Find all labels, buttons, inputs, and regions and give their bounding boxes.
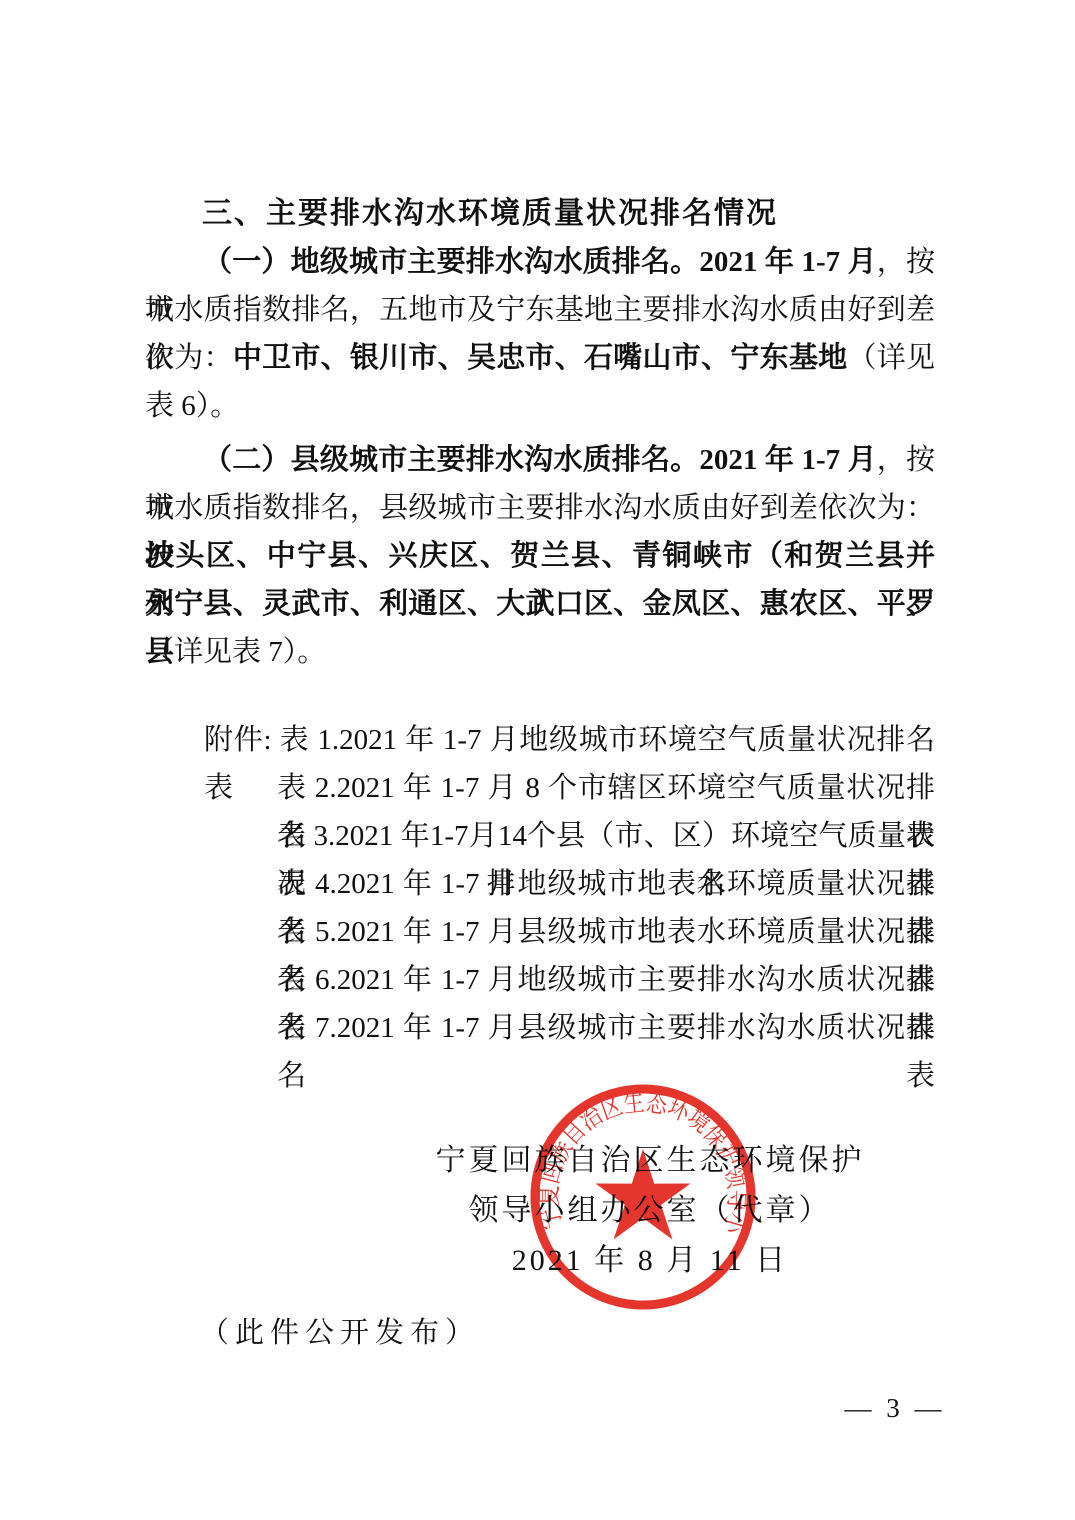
para1-line2: 市水质指数排名，五地市及宁东基地主要排水沟水质由好到差依	[145, 286, 935, 334]
para2-line2-pre: 市水质指数排名，县级城市主要排水沟水质由好到差依次为：	[145, 492, 935, 524]
page-number: — 3 —	[830, 1392, 960, 1424]
para1-line3-post: （详见	[847, 342, 935, 374]
paragraph-county-level-ranking: （二）县级城市主要排水沟水质排名。2021 年 1-7 月，按城 市水质指数排名…	[145, 436, 935, 676]
attachment-item-2: 表 2.2021 年 1-7 月 8 个市辖区环境空气质量状况排名表	[204, 764, 935, 812]
document-page: { "heading": "三、主要排水沟水环境质量状况排名情况", "para…	[0, 0, 1075, 1520]
para1-line3-bold: 中卫市、银川市、吴忠市、石嘴山市、宁东基地	[233, 342, 848, 374]
attachment-label: 附件:	[204, 724, 272, 756]
para1-line1-bold: （一）地级城市主要排水沟水质排名。2021 年 1-7 月	[203, 246, 877, 278]
para2-line1: （二）县级城市主要排水沟水质排名。2021 年 1-7 月，按城	[145, 436, 935, 484]
para2-line2: 市水质指数排名，县级城市主要排水沟水质由好到差依次为：沙	[145, 484, 935, 532]
para1-line3: 次为：中卫市、银川市、吴忠市、石嘴山市、宁东基地（详见	[145, 334, 935, 382]
para2-line4: 永宁县、灵武市、利通区、大武口区、金凤区、惠农区、平罗县	[145, 580, 935, 628]
para2-line5: （详见表 7）。	[145, 628, 935, 676]
para1-line4: 表 6）。	[145, 382, 935, 430]
paragraph-city-level-ranking: （一）地级城市主要排水沟水质排名。2021 年 1-7 月，按城 市水质指数排名…	[145, 238, 935, 430]
attachment-item-3: 表 3.2021 年1-7月14个县（市、区）环境空气质量状况排名表	[204, 812, 935, 860]
attachment-list: 附件: 表 1.2021 年 1-7 月地级城市环境空气质量状况排名表 表 2.…	[204, 716, 935, 1052]
section-heading: 三、主要排水沟水环境质量状况排名情况	[202, 190, 778, 238]
para1-line3-pre: 次为：	[145, 342, 233, 374]
attachment-item-6: 表 6.2021 年 1-7 月地级城市主要排水沟水质状况排名表	[204, 956, 935, 1004]
attachment-item-5: 表 5.2021 年 1-7 月县级城市地表水环境质量状况排名表	[204, 908, 935, 956]
para2-line3: 坡头区、中宁县、兴庆区、贺兰县、青铜峡市（和贺兰县并列）、	[145, 532, 935, 580]
attachment-item-4: 表 4.2021 年 1-7 月地级城市地表水环境质量状况排名表	[204, 860, 935, 908]
para1-line1: （一）地级城市主要排水沟水质排名。2021 年 1-7 月，按城	[145, 238, 935, 286]
attachment-item-7: 表 7.2021 年 1-7 月县级城市主要排水沟水质状况排名表	[204, 1004, 935, 1052]
para2-line1-bold: （二）县级城市主要排水沟水质排名。2021 年 1-7 月	[203, 444, 877, 476]
official-seal: 宁夏回族自治区生态环境保护领导小组办公室	[523, 1077, 763, 1317]
seal-star-icon	[595, 1149, 690, 1239]
attachment-line-1: 附件: 表 1.2021 年 1-7 月地级城市环境空气质量状况排名表	[204, 716, 935, 764]
public-release-note: （此件公开发布）	[200, 1309, 480, 1357]
